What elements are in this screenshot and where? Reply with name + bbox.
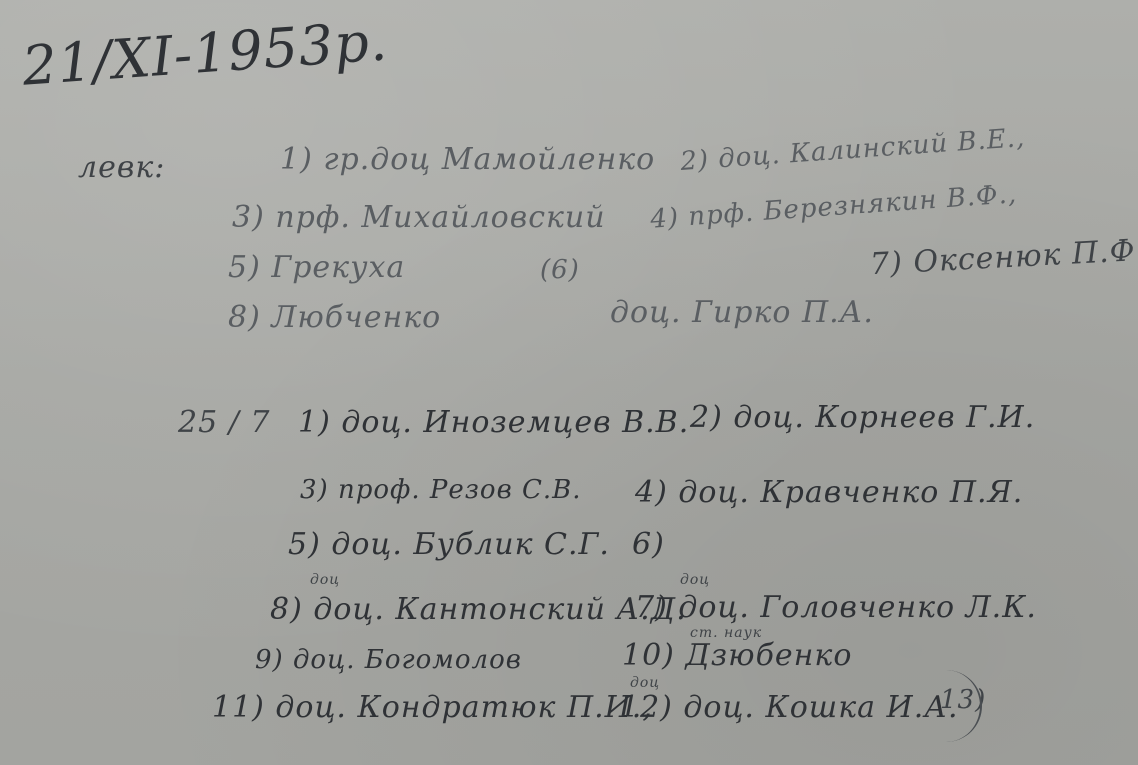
entry-1-3: 3) прф. Михайловский — [232, 200, 606, 235]
entry-1-7: 7) Оксенюк П.Ф. — [869, 233, 1138, 282]
entry-2-11: 11) доц. Кондратюк П.И., — [212, 690, 653, 725]
bracket-mark — [900, 670, 982, 742]
document-date: 21/XI-1953р. — [20, 9, 390, 97]
entry-2-8-prefix: доц — [310, 572, 340, 588]
entry-2-8: 8) доц. Кантонский А.Д. — [270, 592, 687, 627]
entry-1-5: 5) Грекуха — [228, 250, 405, 285]
entry-2-6: 6) — [632, 527, 665, 562]
entry-1-6: (6) — [540, 255, 580, 285]
entry-2-9: 9) доц. Богомолов — [255, 645, 522, 675]
entry-1-4: 4) прф. Березнякин В.Ф., — [649, 179, 1018, 235]
entry-2-7-prefix: доц — [680, 572, 710, 588]
entry-2-12-prefix: доц — [630, 675, 660, 691]
entry-1-9: доц. Гирко П.А. — [610, 295, 874, 330]
section-2-label: 25 / 7 — [178, 405, 270, 440]
entry-2-4: 4) доц. Кравченко П.Я. — [635, 475, 1023, 510]
entry-2-2: 2) доц. Корнеев Г.И. — [690, 400, 1035, 435]
handwritten-note: 21/XI-1953р. левк: 1) гр.доц Мамойленко … — [0, 0, 1138, 765]
entry-1-2: 2) доц. Калинский В.Е., — [679, 123, 1026, 177]
entry-2-10: 10) Дзюбенко — [622, 638, 852, 673]
section-1-label: левк: — [78, 150, 165, 185]
entry-2-5: 5) доц. Бублик С.Г. — [288, 527, 610, 562]
entry-1-1: 1) гр.доц Мамойленко — [280, 142, 655, 177]
entry-2-3: 3) проф. Резов С.В. — [300, 475, 582, 505]
entry-1-8: 8) Любченко — [228, 300, 441, 335]
entry-2-1: 1) доц. Иноземцев В.В. — [298, 405, 689, 440]
entry-2-7: 7) доц. Головченко Л.К. — [635, 590, 1037, 625]
